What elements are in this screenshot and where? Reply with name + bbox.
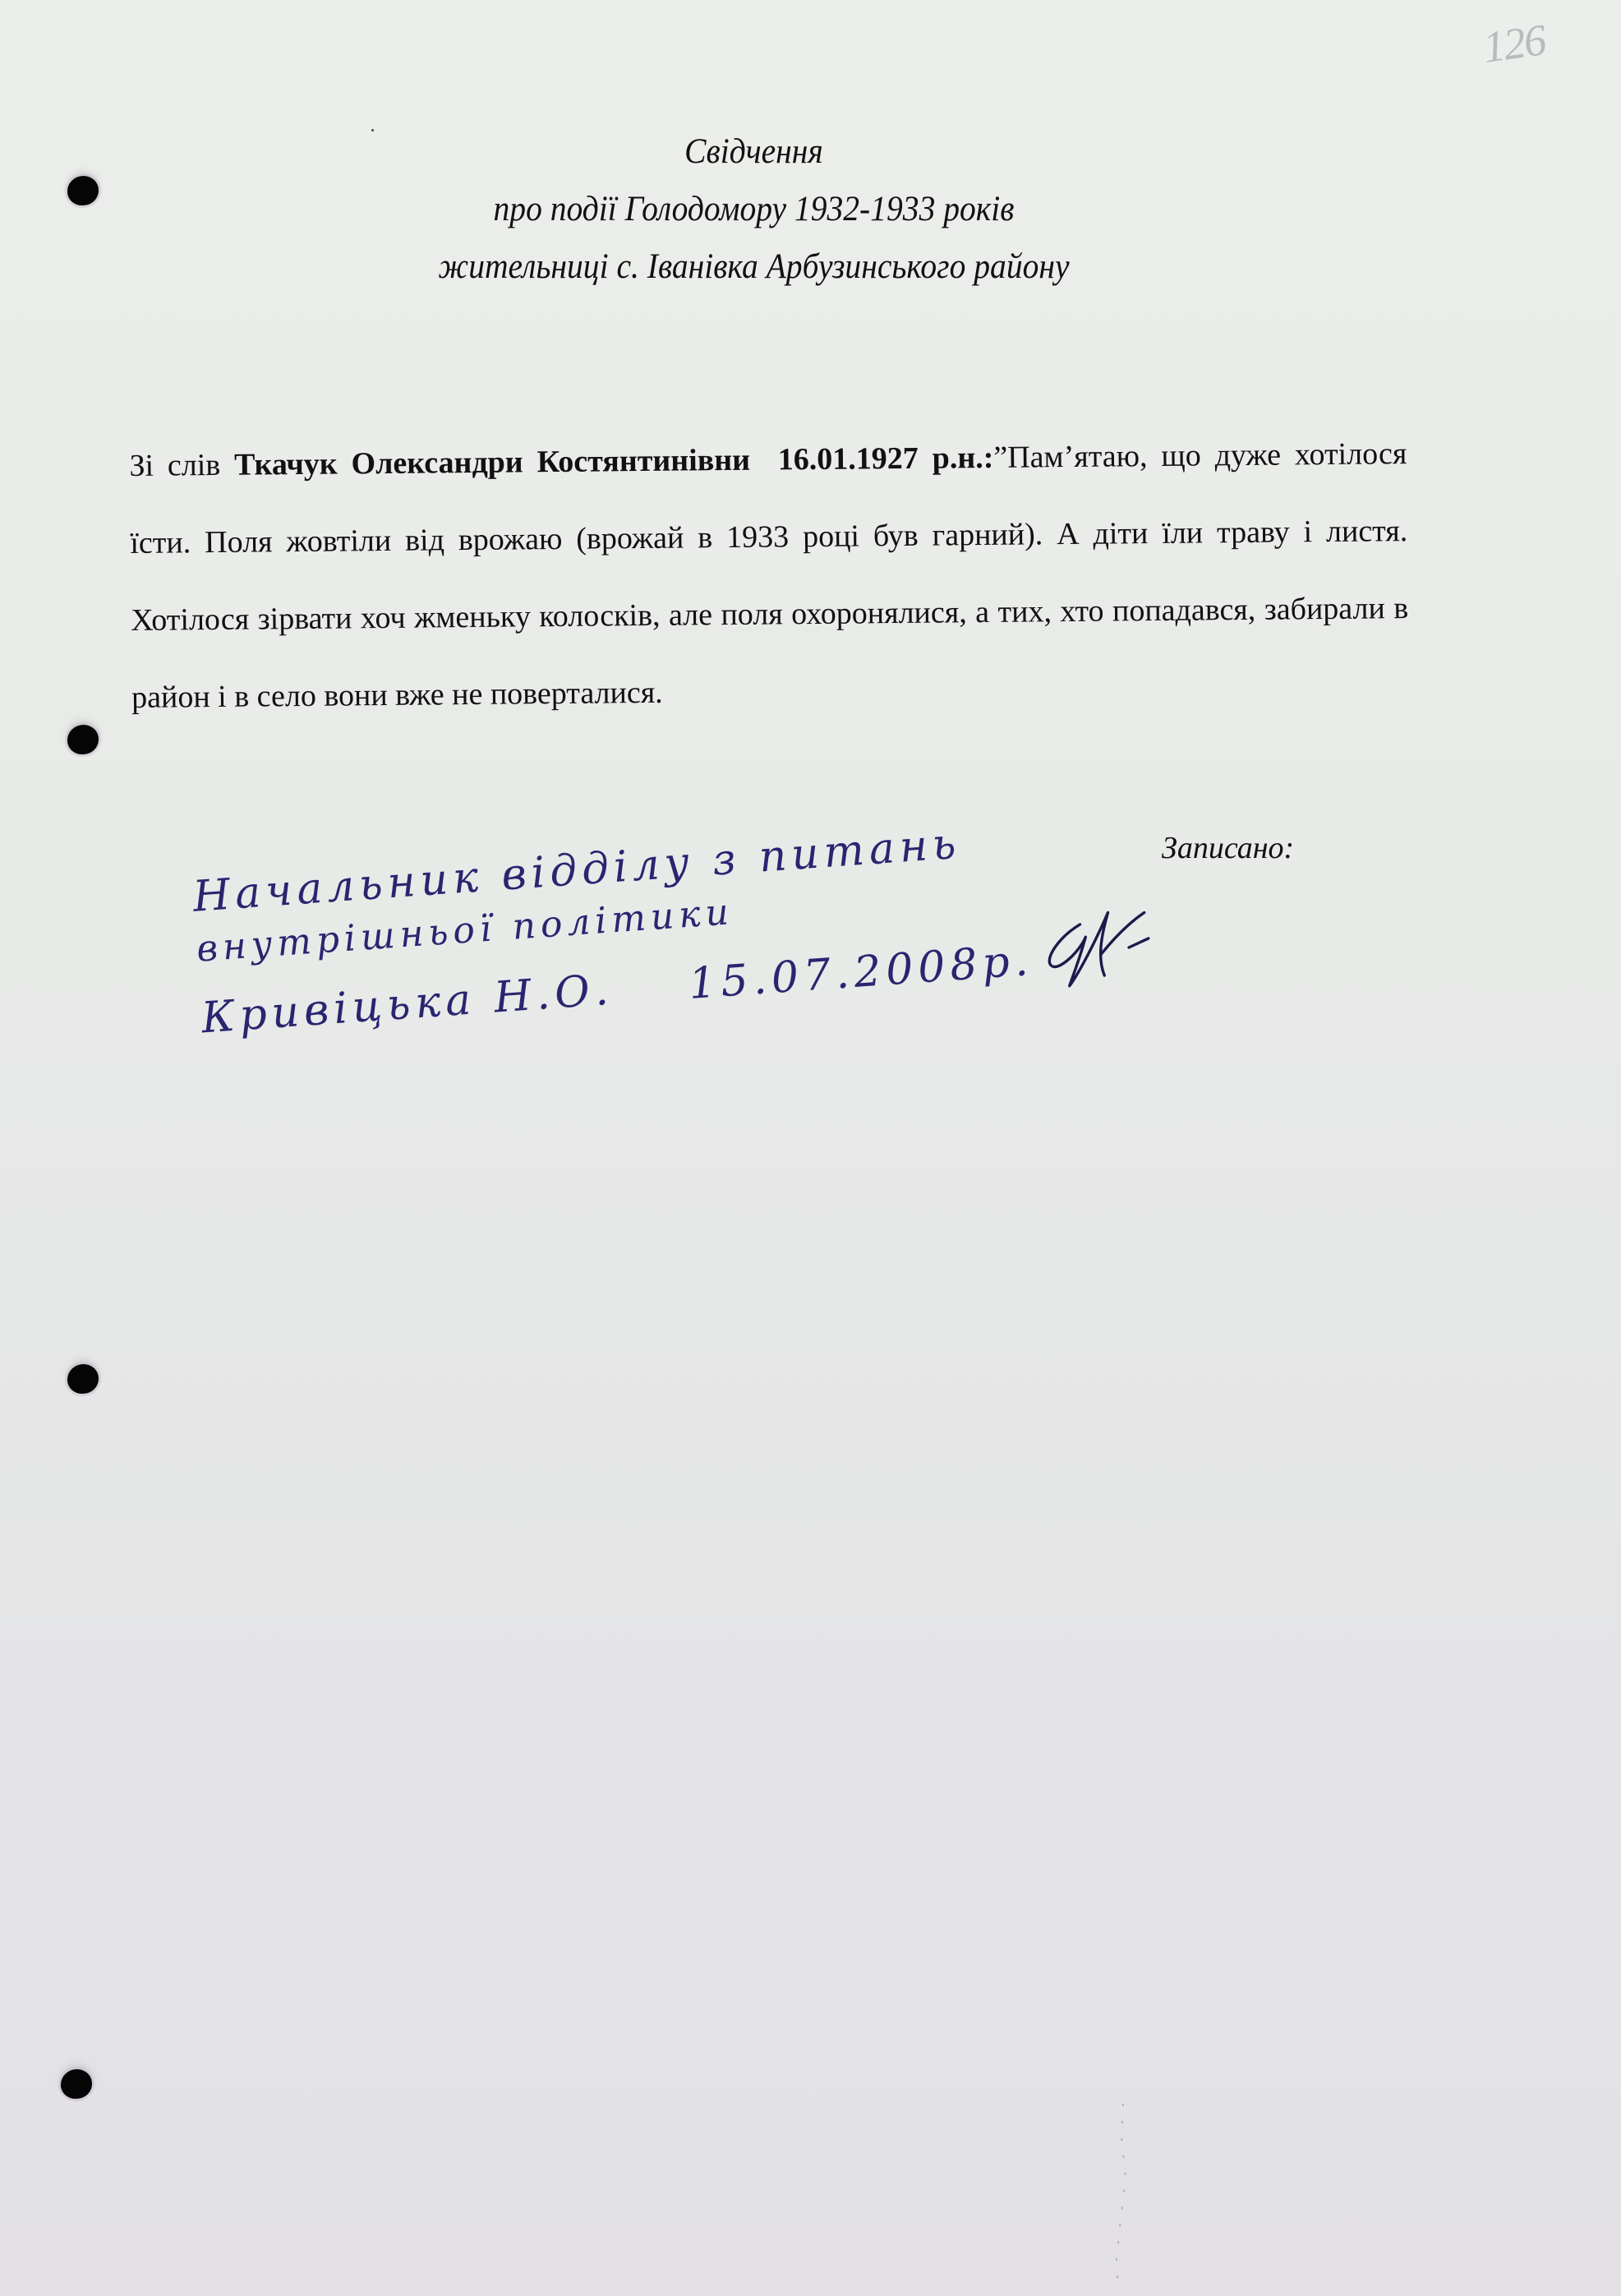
witness-name: Ткачук Олександри Костянтинівни — [234, 443, 750, 482]
record-date: 15.07.2008р. — [687, 936, 1034, 1009]
punch-hole-4 — [61, 2069, 92, 2099]
witness-birth-date: 16.01.1927 р.н.: — [778, 440, 994, 477]
document-title: Свідчення про події Голодомору 1932-1933… — [0, 123, 1508, 296]
scanned-document-page: 126 Свідчення про події Голодомору 1932-… — [0, 0, 1621, 2296]
signature-icon — [1031, 904, 1171, 1019]
punch-hole-3 — [67, 1364, 99, 1394]
fold-crease-mark — [1105, 2087, 1138, 2296]
handwritten-recorder-note: Начальник відділу з питань внутрішньої п… — [191, 805, 1024, 1053]
title-line-2: про події Голодомору 1932-1933 років — [60, 181, 1447, 238]
page-number: 126 — [1480, 14, 1548, 73]
title-line-3: жительниці с. Іванівка Арбузинського рай… — [60, 238, 1447, 296]
testimony-intro: Зі слів — [129, 448, 234, 483]
testimony-paragraph: Зі слів Ткачук Олександри Костянтинівни … — [129, 415, 1410, 736]
recorded-by-label: Записано: — [1162, 830, 1294, 866]
punch-hole-2 — [67, 725, 99, 754]
title-line-1: Свідчення — [60, 123, 1447, 181]
